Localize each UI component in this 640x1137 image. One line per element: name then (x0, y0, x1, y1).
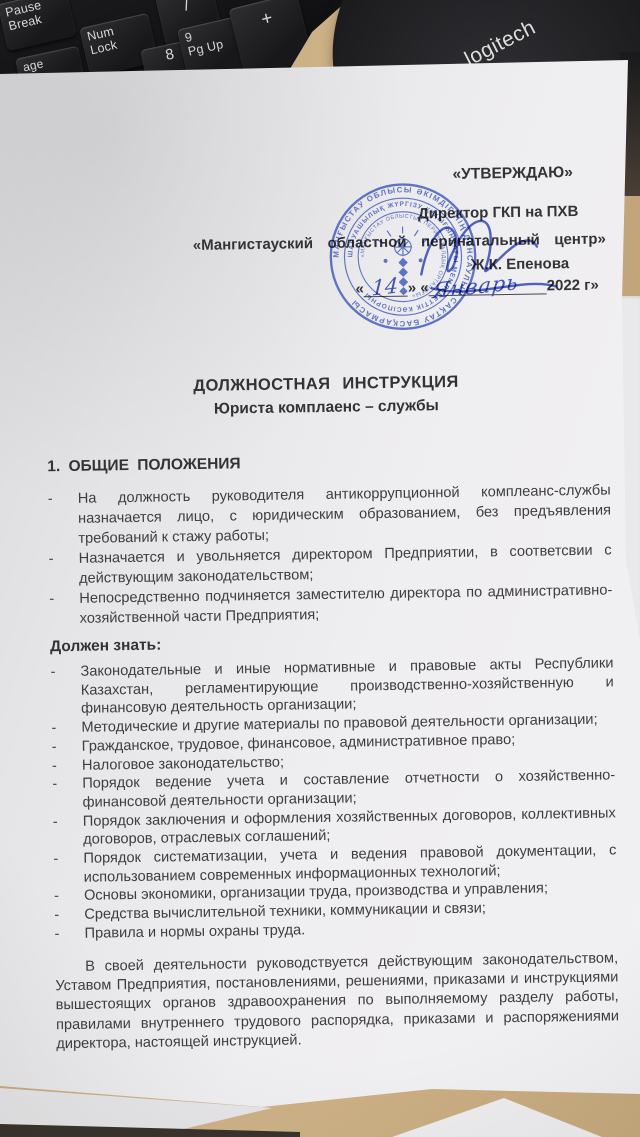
document-title: ДОЛЖНОСТНАЯ ИНСТРУКЦИЯ (46, 371, 606, 399)
list-item: - Законодательные и иные нормативные и п… (50, 654, 614, 719)
document-body: 1. ОБЩИЕ ПОЛОЖЕНИЯ - На должность руково… (47, 449, 619, 1054)
list-marker: - (52, 775, 83, 813)
list-item-text: Непосредственно подчиняется заместителю … (79, 580, 613, 628)
list-marker: - (51, 719, 81, 738)
key-label: + (237, 6, 297, 33)
list-item-text: Законодательные и иные нормативные и пра… (80, 654, 614, 718)
list-item-text: На должность руководителя антикоррупцион… (78, 480, 612, 548)
list-item: - На должность руководителя антикоррупци… (48, 480, 612, 549)
key-label: / (163, 0, 211, 17)
key-label: age (22, 51, 76, 75)
list-marker: - (52, 756, 82, 775)
list-marker: - (54, 887, 84, 906)
general-provisions-list: - На должность руководителя антикоррупци… (48, 480, 613, 629)
list-marker: - (48, 489, 79, 549)
must-know-list: - Законодательные и иные нормативные и п… (50, 654, 617, 943)
closing-paragraph: В своей деятельности руководствуется дей… (55, 949, 619, 1055)
list-marker: - (53, 812, 84, 850)
document-subtitle: Юриста комплаенс – службы (46, 395, 606, 422)
signature-stroke (402, 194, 574, 312)
list-marker: - (54, 925, 84, 944)
document-content: «УТВЕРЖДАЮ» Директор ГКП на ПХВ «Мангист… (0, 0, 640, 1137)
list-item: - Непосредственно подчиняется заместител… (49, 580, 613, 629)
list-marker: - (49, 589, 80, 629)
paper-sheet: «УТВЕРЖДАЮ» Директор ГКП на ПХВ «Мангист… (0, 0, 640, 1137)
key-pause-break: Pause Break (0, 0, 77, 51)
list-marker: - (53, 850, 84, 888)
list-marker: - (49, 549, 80, 589)
underlying-sheet-corner (392, 1098, 602, 1137)
list-marker: - (52, 738, 82, 757)
list-marker: - (50, 663, 81, 720)
list-marker: - (54, 906, 84, 925)
must-know-heading: Должен знать: (50, 629, 613, 656)
section-heading: 1. ОБЩИЕ ПОЛОЖЕНИЯ (47, 449, 610, 476)
